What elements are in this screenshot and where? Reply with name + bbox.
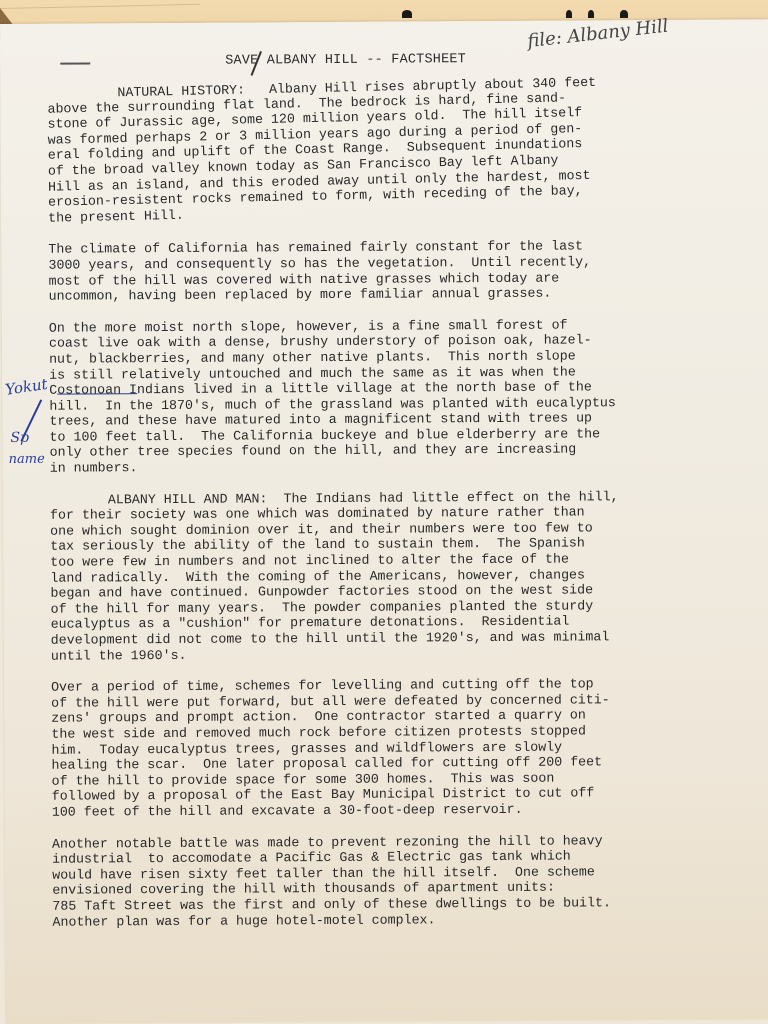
margin-note-name: name xyxy=(9,452,45,467)
page-title: SAVE ALBANY HILL -- FACTSHEET xyxy=(225,52,466,68)
paragraph-climate: The climate of California has remained f… xyxy=(48,238,728,305)
factsheet-body: NATURAL HISTORY: Albany Hill rises abrup… xyxy=(47,82,732,946)
factsheet-page: SAVE ALBANY HILL -- FACTSHEET file: Alba… xyxy=(0,19,768,1024)
paragraph-rezoning-battle: Another notable battle was made to preve… xyxy=(52,832,733,930)
folder-label-ink xyxy=(566,10,572,18)
margin-note-yokut: Yokut xyxy=(4,375,49,399)
text-line: until the 1960's. xyxy=(51,644,731,664)
text-line: uncommon, having been replaced by more f… xyxy=(49,285,729,305)
folder-label-ink xyxy=(588,10,594,18)
folder-crease xyxy=(0,4,200,9)
margin-note-sp: Sp xyxy=(10,430,29,446)
folder-label-ink xyxy=(402,10,412,18)
paragraph-albany-hill-and-man: ALBANY HILL AND MAN: The Indians had lit… xyxy=(50,488,731,664)
dash-mark xyxy=(60,62,90,64)
folder-label-ink xyxy=(620,10,628,18)
paragraph-development-schemes: Over a period of time, schemes for level… xyxy=(51,676,732,820)
paragraph-natural-history: NATURAL HISTORY: Albany Hill rises abrup… xyxy=(47,82,728,226)
paragraph-north-slope: On the more moist north slope, however, … xyxy=(49,316,730,476)
handwritten-file-label: file: Albany Hill xyxy=(526,16,669,53)
text-line: 100 feet of the hill and excavate a 30-f… xyxy=(52,800,732,820)
